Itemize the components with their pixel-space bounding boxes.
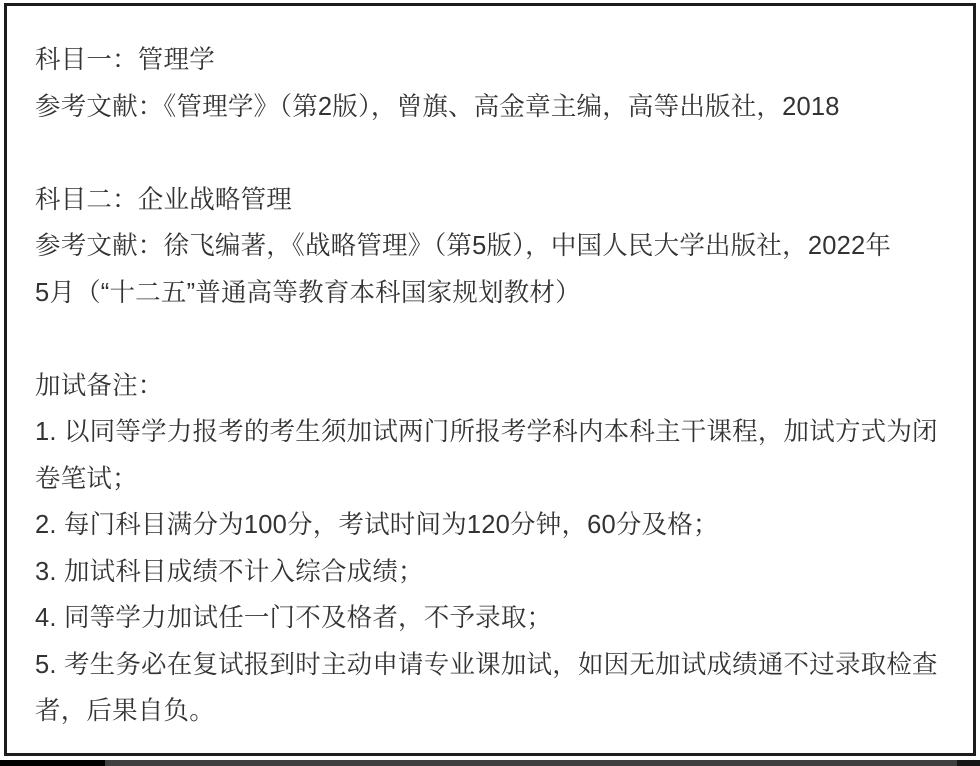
- subject-1-reference: 参考文献：《管理学》（第2版），曾旗、高金章主编，高等出版社，2018: [35, 84, 961, 131]
- extra-test-notes-section: 加试备注： 1. 以同等学力报考的考生须加试两门所报考学科内本科主干课程，加试方…: [35, 363, 961, 735]
- subject-1-title: 科目一：管理学: [35, 37, 961, 84]
- note-item-3: 3. 加试科目成绩不计入综合成绩；: [35, 549, 961, 596]
- note-item-1-line-2: 卷笔试；: [35, 456, 961, 503]
- note-item-2: 2. 每门科目满分为100分，考试时间为120分钟，60分及格；: [35, 502, 961, 549]
- strip-left-segment: [0, 760, 105, 766]
- strip-right-segment: [957, 760, 980, 766]
- subject-1-section: 科目一：管理学 参考文献：《管理学》（第2版），曾旗、高金章主编，高等出版社，2…: [35, 37, 961, 130]
- subject-2-reference-line-2: 5月（“十二五”普通高等教育本科国家规划教材）: [35, 270, 961, 317]
- notice-panel: 科目一：管理学 参考文献：《管理学》（第2版），曾旗、高金章主编，高等出版社，2…: [4, 3, 976, 756]
- note-item-5-line-1: 5. 考生务必在复试报到时主动申请专业课加试，如因无加试成绩通不过录取检查: [35, 642, 961, 689]
- subject-2-section: 科目二：企业战略管理 参考文献：徐飞编著，《战略管理》（第5版），中国人民大学出…: [35, 177, 961, 317]
- cropped-next-row-edge: [0, 760, 980, 766]
- subject-2-title: 科目二：企业战略管理: [35, 177, 961, 224]
- notes-title: 加试备注：: [35, 363, 961, 410]
- note-item-1-line-1: 1. 以同等学力报考的考生须加试两门所报考学科内本科主干课程，加试方式为闭: [35, 409, 961, 456]
- note-item-5-line-2: 者，后果自负。: [35, 688, 961, 735]
- note-item-4: 4. 同等学力加试任一门不及格者，不予录取；: [35, 595, 961, 642]
- strip-middle-segment: [105, 760, 957, 766]
- screenshot-root: 科目一：管理学 参考文献：《管理学》（第2版），曾旗、高金章主编，高等出版社，2…: [0, 0, 980, 766]
- subject-2-reference-line-1: 参考文献：徐飞编著，《战略管理》（第5版），中国人民大学出版社，2022年: [35, 223, 961, 270]
